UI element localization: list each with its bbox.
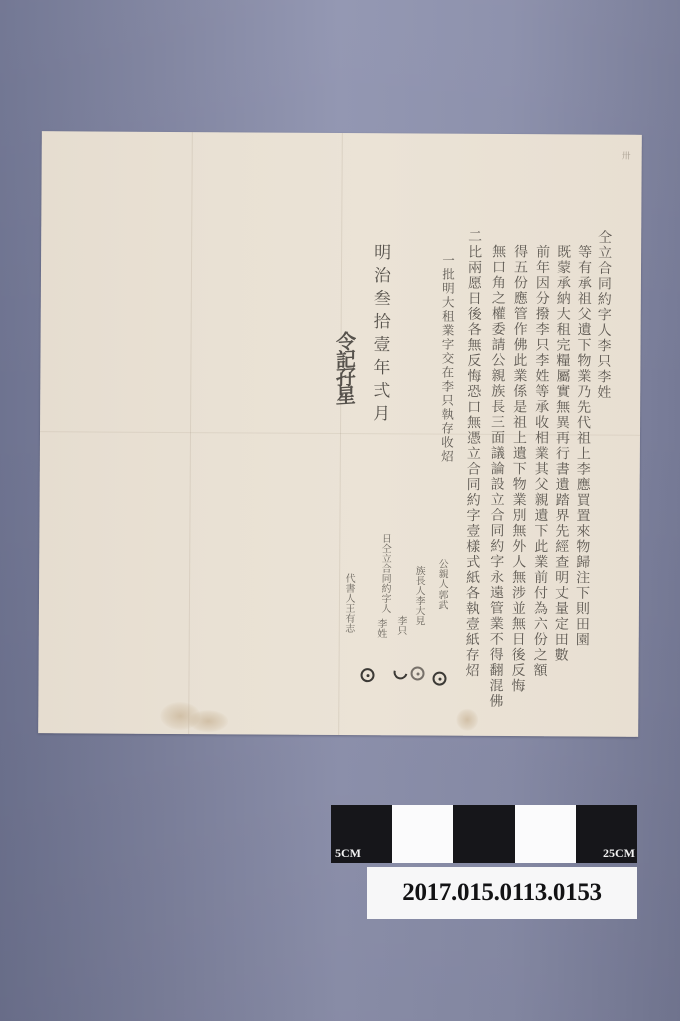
scale-label-25cm: 25CM — [603, 846, 635, 861]
signatory-name: 李只 — [395, 615, 405, 635]
accession-number-label: 2017.015.0113.0153 — [367, 867, 637, 919]
scale-segment — [392, 805, 453, 863]
round-seal-icon — [432, 672, 446, 686]
text-column-3: 既蒙承納大租完糧屬實無異再行書遺踏界先經查明丈量定田數 — [554, 244, 571, 663]
signatory-role: 代書人 — [343, 573, 353, 603]
corner-mark: 卅 — [622, 149, 631, 162]
signatory-role: 公親人 — [436, 559, 446, 589]
signatory-name: 李大見 — [413, 595, 423, 625]
crescent-seal-icon — [391, 663, 410, 682]
stain — [456, 709, 478, 731]
scale-bar: 5CM 25CM — [331, 805, 637, 863]
round-seal-icon — [410, 666, 424, 680]
scale-label-5cm: 5CM — [335, 846, 361, 861]
stain — [188, 710, 228, 732]
text-column-8: 一批明大租業字交在李只執存收炤 — [440, 254, 454, 464]
text-column-6: 無口角之權委請公親族長三面議論設立合同約字永遠管業不得翻混佛 — [488, 244, 505, 709]
scale-segment — [453, 805, 514, 863]
scale-segment: 5CM — [331, 805, 392, 863]
text-column-4: 前年因分撥李只李姓等承收相業其父親遺下此業前付為六份之額 — [533, 244, 550, 678]
round-seal-icon — [360, 668, 374, 682]
text-column-5: 得五份應管作佛此業係是祖上遺下物業別無外人無涉並無日後反悔 — [510, 244, 527, 694]
signatory-role: 族長人 — [413, 565, 423, 595]
text-column-7: 二比兩愿日後各無反悔恐口無憑立合同約字壹樣式紙各執壹紙存炤 — [465, 229, 482, 679]
document-sheet: 卅 仝立合同約字人李只李姓 等有承祖父遺下物業乃先代祖上李應買置來物歸注下則田園… — [38, 131, 642, 737]
date-line: 明治叁拾壹年弍月 — [370, 243, 388, 427]
signatory-role: 日仝立合同約字人 — [379, 533, 389, 613]
text-column-1: 仝立合同約字人李只李姓 — [596, 230, 611, 401]
signature-mark: 令記孖星 — [330, 330, 359, 404]
signatory-name: 王有志 — [343, 603, 353, 633]
text-column-2: 等有承祖父遺下物業乃先代祖上李應買置來物歸注下則田園 — [575, 244, 591, 647]
scale-segment: 25CM — [576, 805, 637, 863]
signatory-name: 李姓 — [375, 618, 385, 638]
signatory-name: 郭武 — [436, 590, 446, 610]
scale-segment — [515, 805, 576, 863]
